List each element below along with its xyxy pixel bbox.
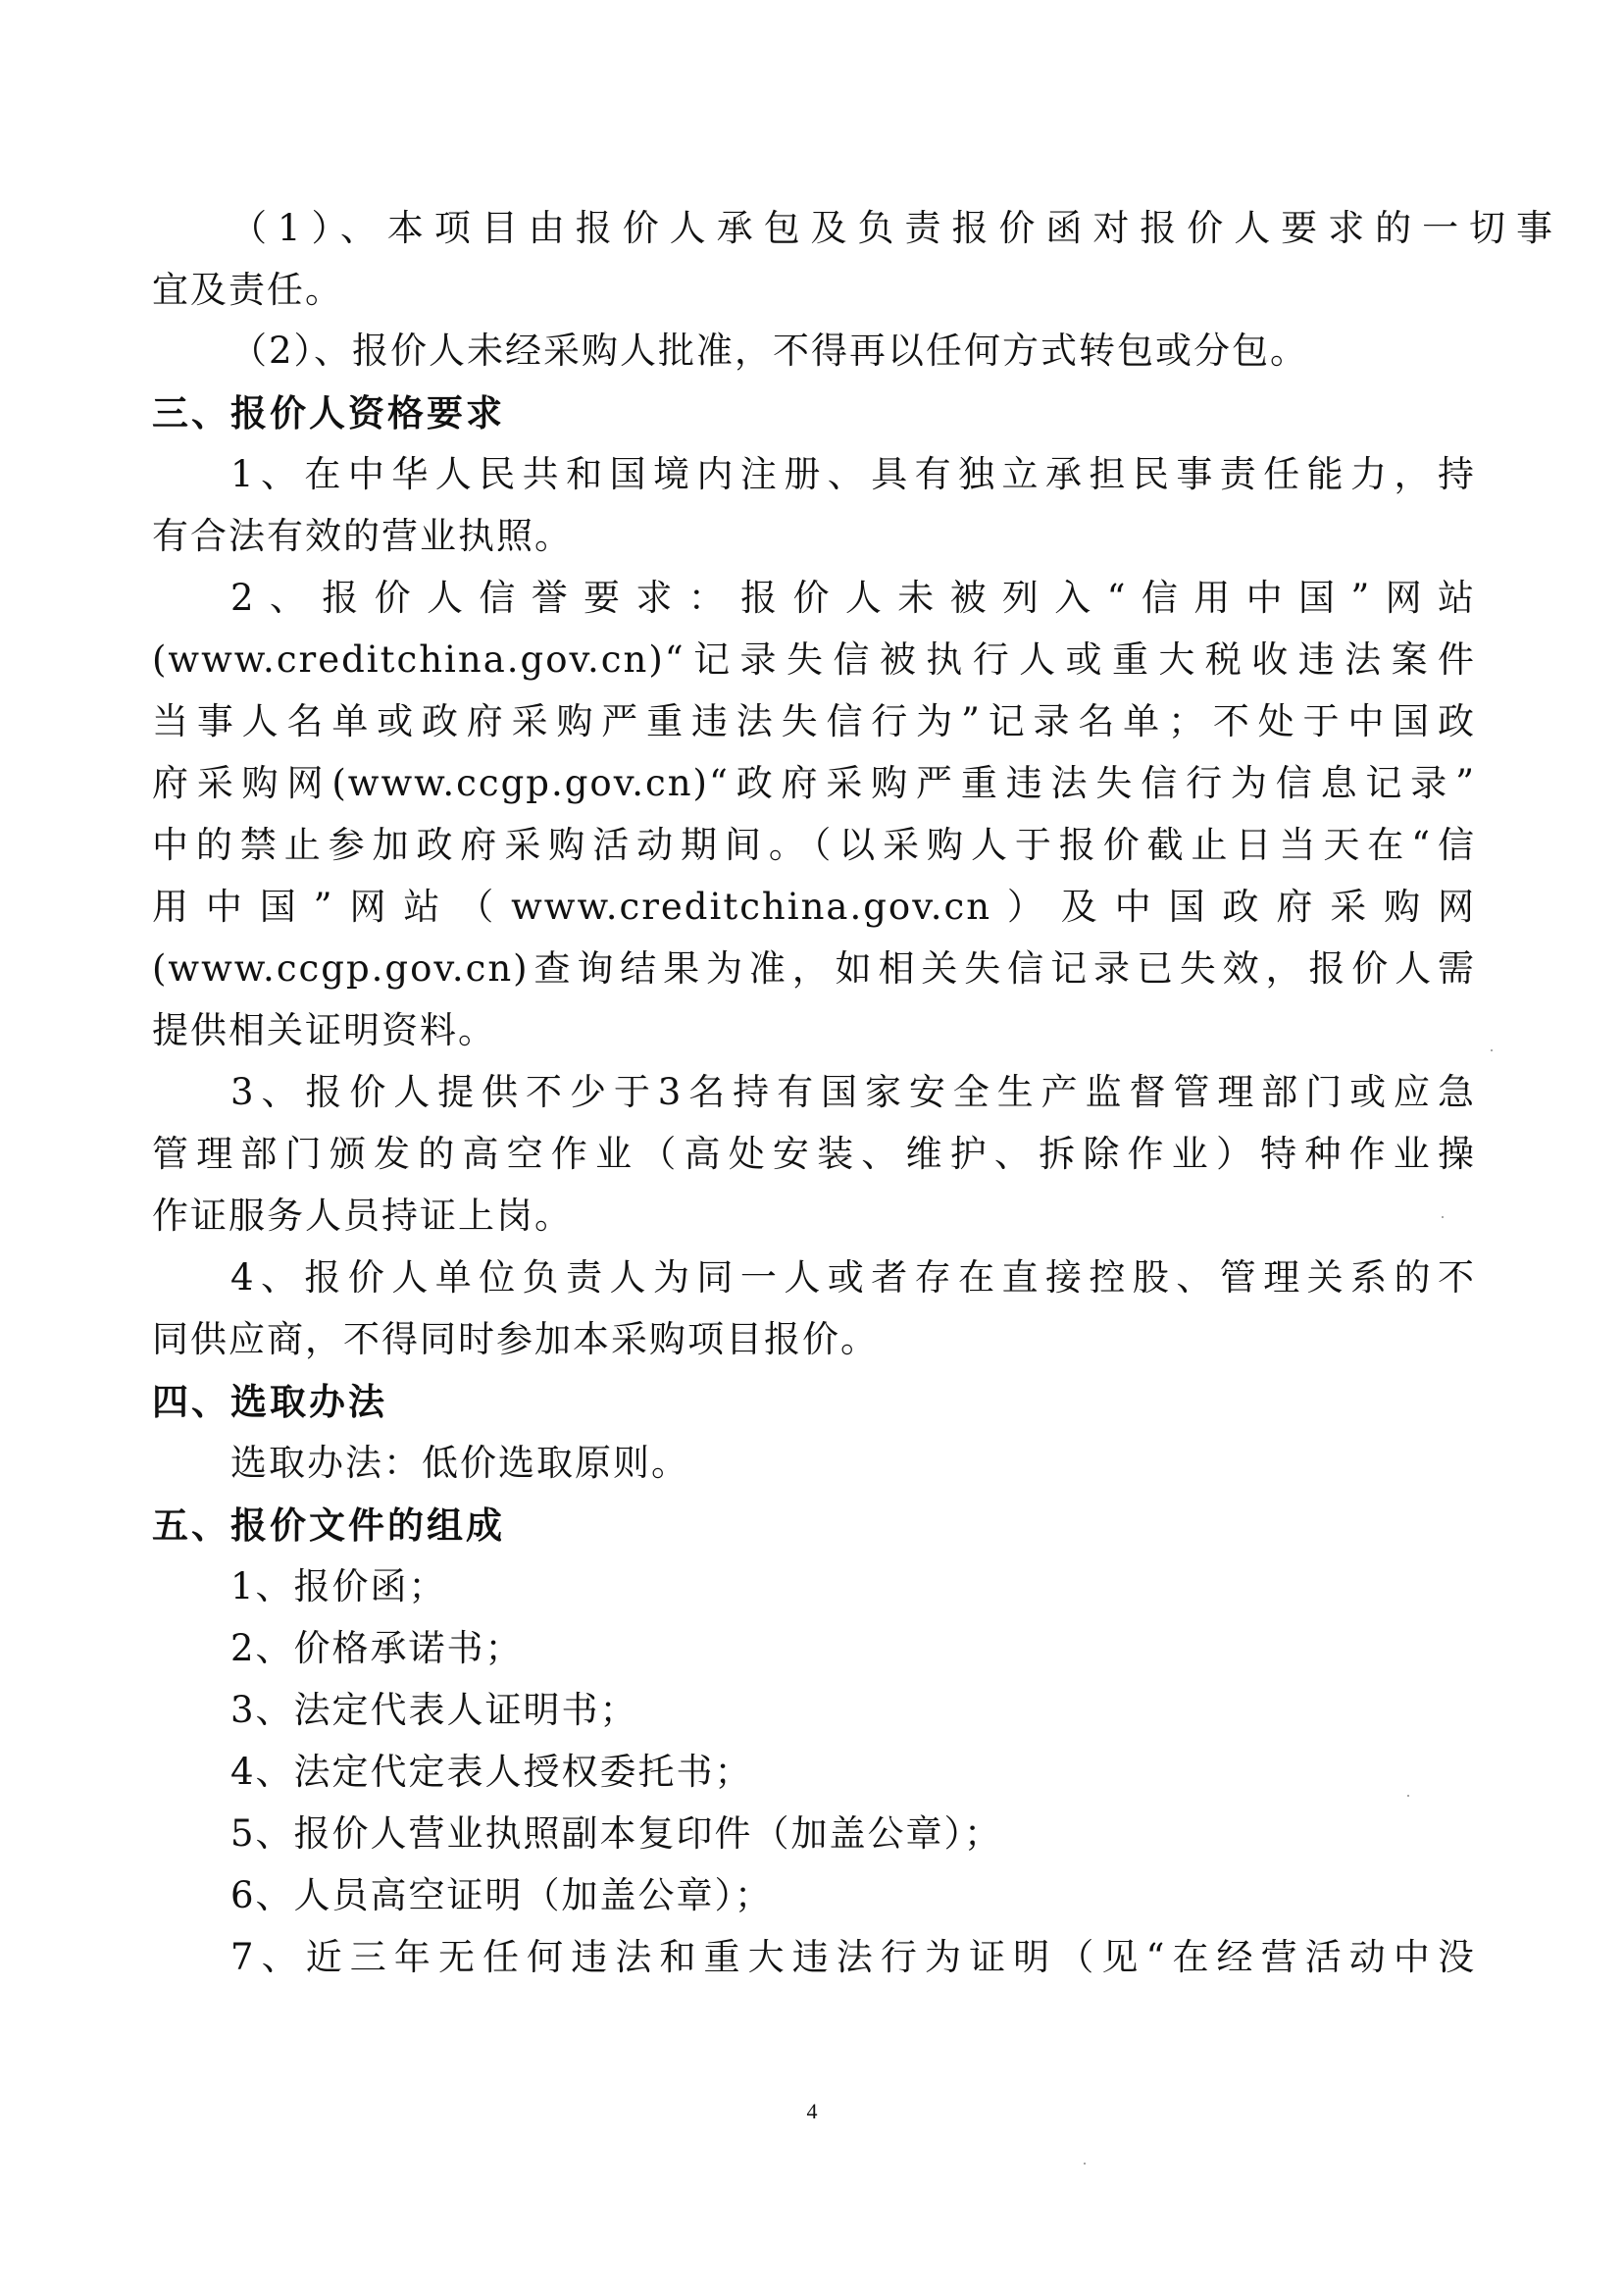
paragraph-line: 提供相关证明资料。 <box>152 1006 1476 1055</box>
list-item: 4、法定代定表人授权委托书； <box>230 1748 1554 1797</box>
paragraph-line: (www.ccgp.gov.cn)查询结果为准，如相关失信记录已失效，报价人需 <box>152 944 1476 994</box>
paragraph-line: 选取办法：低价选取原则。 <box>230 1439 1554 1488</box>
paragraph-line: （2）、报价人未经采购人批准，不得再以任何方式转包或分包。 <box>230 327 1554 376</box>
list-item: 7、近三年无任何违法和重大违法行为证明（见“在经营活动中没 <box>230 1933 1476 1982</box>
scan-speck <box>1407 1795 1409 1797</box>
paragraph-line: (www.creditchina.gov.cn)“记录失信被执行人或重大税收违法… <box>152 636 1476 685</box>
paragraph-line: 当事人名单或政府采购严重违法失信行为”记录名单；不处于中国政 <box>152 697 1476 746</box>
list-item: 1、报价函； <box>230 1562 1554 1611</box>
list-item: 5、报价人营业执照副本复印件（加盖公章）； <box>230 1809 1554 1859</box>
paragraph-line: 府采购网(www.ccgp.gov.cn)“政府采购严重违法失信行为信息记录” <box>152 759 1476 808</box>
scan-speck <box>1491 1049 1493 1051</box>
paragraph-line: （1）、本项目由报价人承包及负责报价函对报价人要求的一切事 <box>230 204 1554 253</box>
scan-speck <box>1442 1216 1444 1218</box>
list-item: 3、法定代表人证明书； <box>230 1686 1554 1735</box>
section-heading-4: 四、选取办法 <box>152 1377 1476 1426</box>
scan-speck <box>1084 2163 1086 2165</box>
paragraph-line: 4、报价人单位负责人为同一人或者存在直接控股、管理关系的不 <box>230 1253 1476 1302</box>
paragraph-line: 作证服务人员持证上岗。 <box>152 1192 1476 1241</box>
list-item: 2、价格承诺书； <box>230 1624 1554 1673</box>
paragraph-line: 中的禁止参加政府采购活动期间。（以采购人于报价截止日当天在“信 <box>152 821 1476 870</box>
paragraph-line: 宜及责任。 <box>152 266 1476 315</box>
paragraph-line: 1、在中华人民共和国境内注册、具有独立承担民事责任能力，持 <box>230 450 1476 499</box>
paragraph-line: 同供应商，不得同时参加本采购项目报价。 <box>152 1315 1476 1364</box>
list-item: 6、人员高空证明（加盖公章）； <box>230 1871 1554 1920</box>
page-number: 4 <box>0 2099 1624 2124</box>
section-heading-3: 三、报价人资格要求 <box>152 388 1476 437</box>
paragraph-line: 2、报价人信誉要求：报价人未被列入“信用中国”网站 <box>230 574 1476 623</box>
section-heading-5: 五、报价文件的组成 <box>152 1501 1476 1550</box>
paragraph-line: 3、报价人提供不少于3名持有国家安全生产监督管理部门或应急 <box>230 1068 1476 1117</box>
paragraph-line: 用中国”网站（www.creditchina.gov.cn）及中国政府采购网 <box>152 883 1476 932</box>
paragraph-line: 管理部门颁发的高空作业（高处安装、维护、拆除作业）特种作业操 <box>152 1130 1476 1179</box>
paragraph-line: 有合法有效的营业执照。 <box>152 512 1476 561</box>
document-page: （1）、本项目由报价人承包及负责报价函对报价人要求的一切事 宜及责任。 （2）、… <box>0 0 1624 2293</box>
